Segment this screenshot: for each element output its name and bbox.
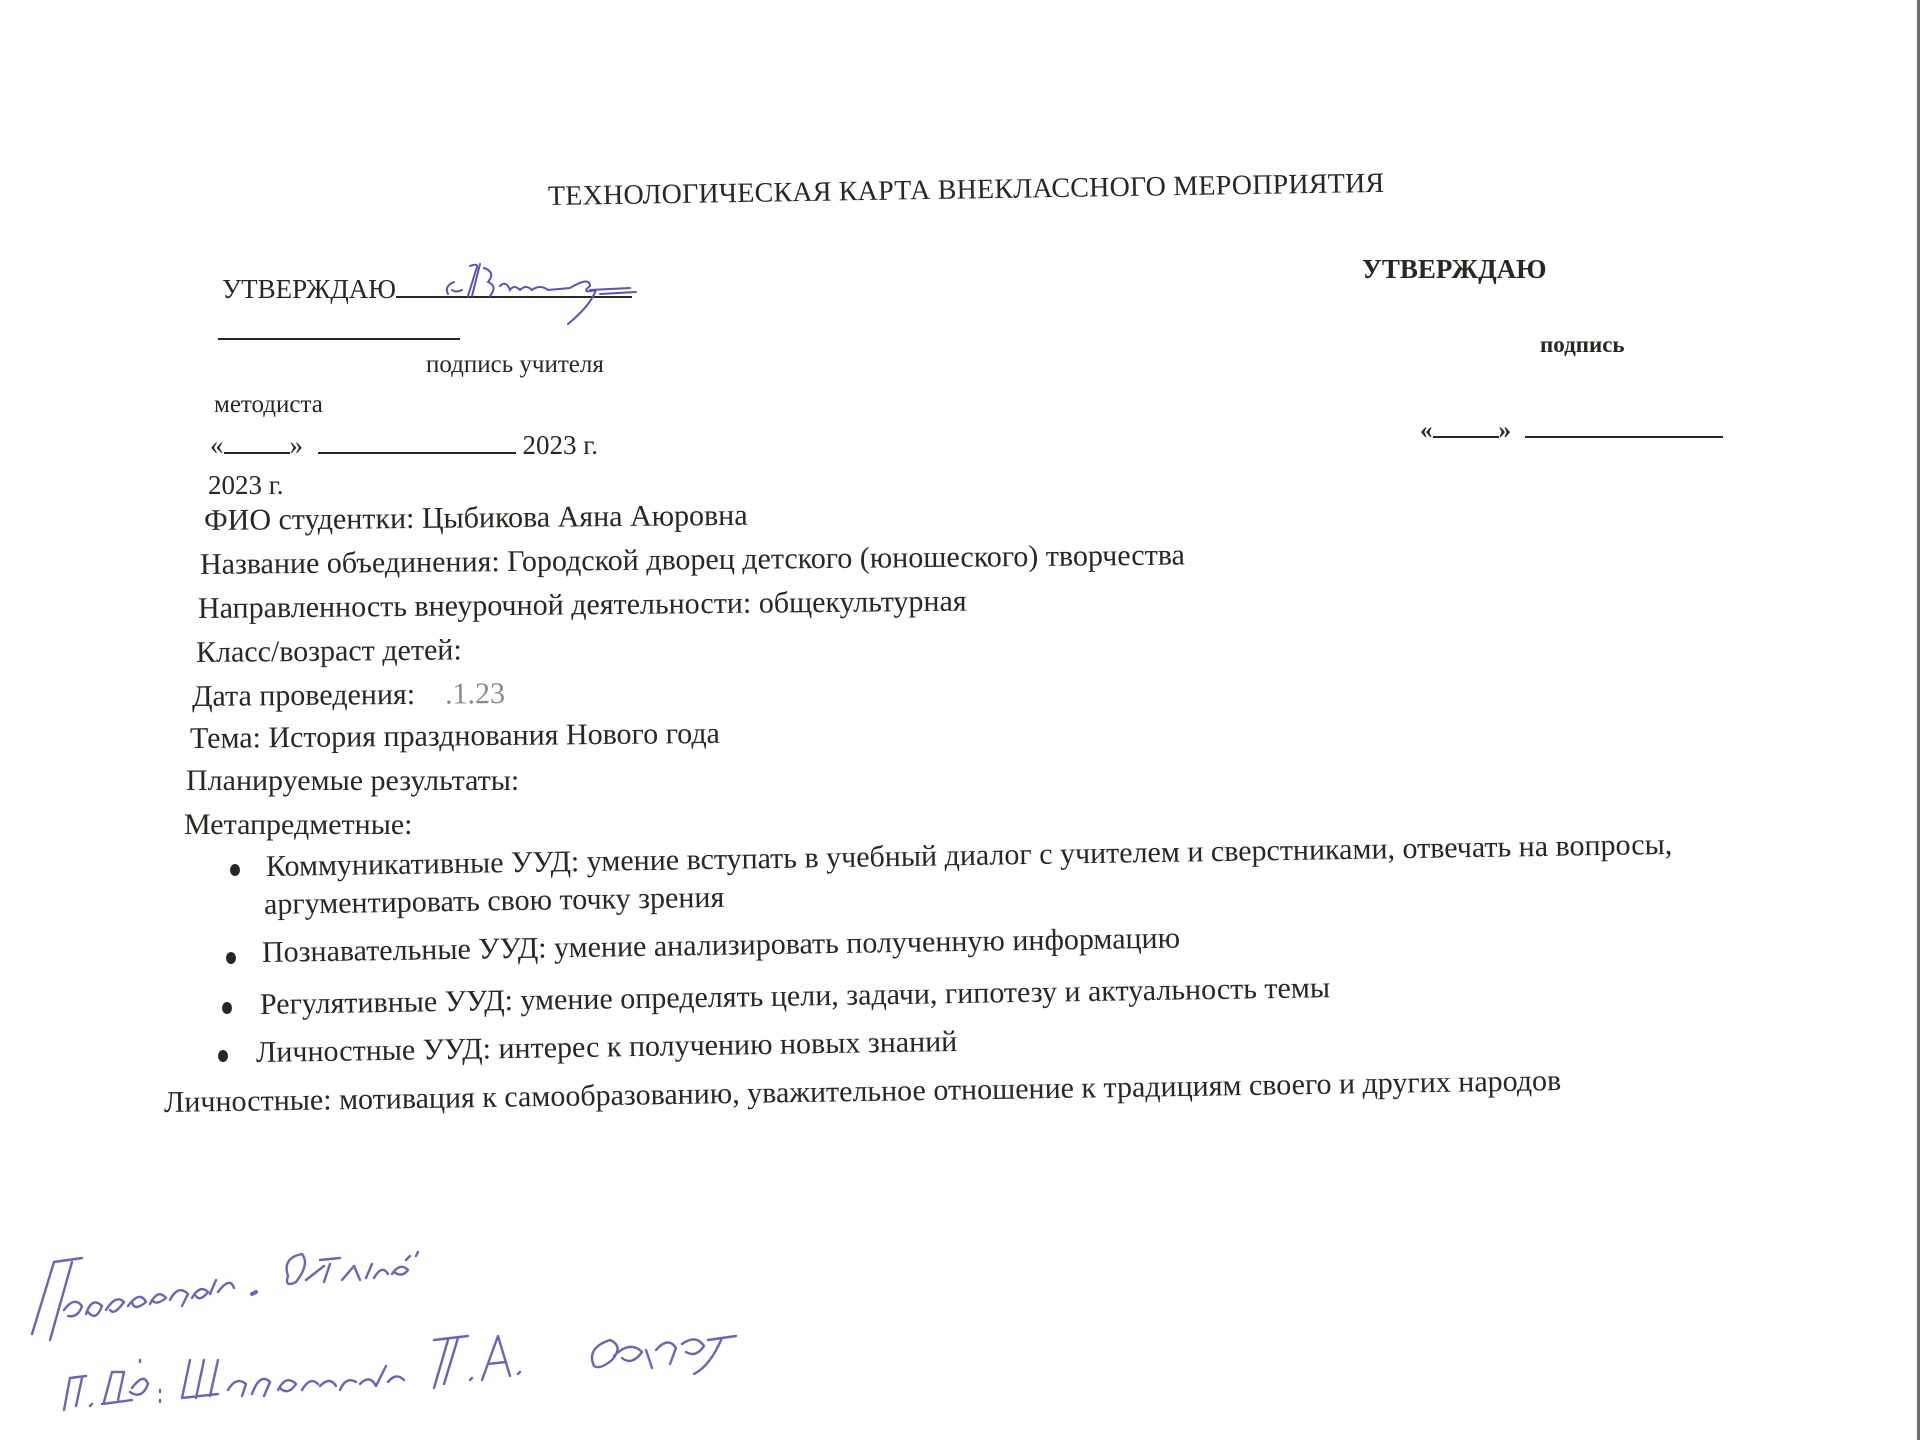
field-value: .1.23 bbox=[422, 677, 505, 711]
field-direction: Направленность внеурочной деятельности: … bbox=[198, 585, 967, 626]
approve-right-signature-caption: подпись bbox=[1540, 328, 1625, 362]
field-class-age: Класс/возраст детей: bbox=[196, 633, 462, 670]
date-open-quote: « bbox=[1420, 417, 1433, 444]
field-date: Дата проведения: .1.23 bbox=[192, 677, 505, 714]
personal-results: Личностные: мотивация к самообразованию,… bbox=[164, 1064, 1562, 1120]
handwriting-icon bbox=[20, 1240, 1160, 1430]
field-label: ФИО студентки: bbox=[204, 502, 415, 537]
approve-right-date: «» bbox=[1420, 410, 1723, 448]
year-repeat: 2023 г. bbox=[208, 468, 284, 502]
approve-right-label: УТВЕРЖДАЮ bbox=[1362, 252, 1547, 286]
planned-results-label: Планируемые результаты: bbox=[186, 764, 519, 798]
field-value: Городской дворец детского (юношеского) т… bbox=[507, 539, 1185, 579]
methodist-caption: методиста bbox=[214, 388, 323, 422]
date-year: 2023 г. bbox=[523, 430, 599, 460]
field-topic: Тема: История празднования Нового года bbox=[190, 717, 720, 756]
date-close-quote: » bbox=[1499, 417, 1512, 444]
field-value: общекультурная bbox=[759, 585, 967, 620]
teacher-signature-caption: подпись учителя bbox=[426, 348, 604, 382]
uud-communicative-continuation: аргументировать свою точку зрения bbox=[264, 881, 725, 922]
field-value: Цыбикова Аяна Аюровна bbox=[422, 499, 748, 535]
field-label: Название объединения: bbox=[200, 545, 500, 581]
month-blank[interactable] bbox=[318, 426, 516, 454]
uud-regulatory: Регулятивные УУД: умение определять цели… bbox=[260, 971, 1331, 1022]
month-blank[interactable] bbox=[1525, 410, 1723, 438]
day-blank[interactable] bbox=[224, 426, 290, 454]
bullet-icon bbox=[230, 864, 240, 876]
field-label: Направленность внеурочной деятельности: bbox=[198, 587, 752, 625]
day-blank[interactable] bbox=[1433, 410, 1499, 438]
date-open-quote: « bbox=[210, 430, 224, 460]
field-label: Дата проведения: bbox=[192, 678, 415, 713]
document-title: ТЕХНОЛОГИЧЕСКАЯ КАРТА ВНЕКЛАССНОГО МЕРОП… bbox=[548, 167, 1385, 214]
teacher-signature-icon bbox=[440, 256, 680, 328]
field-association: Название объединения: Городской дворец д… bbox=[200, 539, 1185, 582]
bullet-icon bbox=[218, 1050, 228, 1062]
uud-cognitive: Познавательные УУД: умение анализировать… bbox=[262, 922, 1181, 970]
uud-personal: Личностные УУД: интерес к получению новы… bbox=[256, 1025, 958, 1070]
field-label: Тема: bbox=[190, 721, 261, 755]
field-value: История празднования Нового года bbox=[268, 717, 720, 754]
field-label: Класс/возраст детей: bbox=[196, 633, 462, 669]
metasubject-label: Метапредметные: bbox=[184, 808, 413, 842]
scanned-page: ТЕХНОЛОГИЧЕСКАЯ КАРТА ВНЕКЛАССНОГО МЕРОП… bbox=[0, 0, 1920, 1440]
approve-left-text: УТВЕРЖДАЮ bbox=[222, 274, 396, 304]
bullet-icon bbox=[226, 952, 236, 964]
approve-left-date: «» 2023 г. bbox=[210, 426, 598, 462]
approve-left-name-line bbox=[218, 312, 460, 340]
uud-communicative: Коммуникативные УУД: умение вступать в у… bbox=[266, 828, 1673, 884]
field-student-name: ФИО студентки: Цыбикова Аяна Аюровна bbox=[204, 499, 748, 538]
handwritten-review-note: Проверено «Отлично» П.ДО: Шапошникова Т.… bbox=[20, 1240, 1160, 1430]
date-close-quote: » bbox=[290, 430, 304, 460]
bullet-icon bbox=[222, 1002, 232, 1014]
